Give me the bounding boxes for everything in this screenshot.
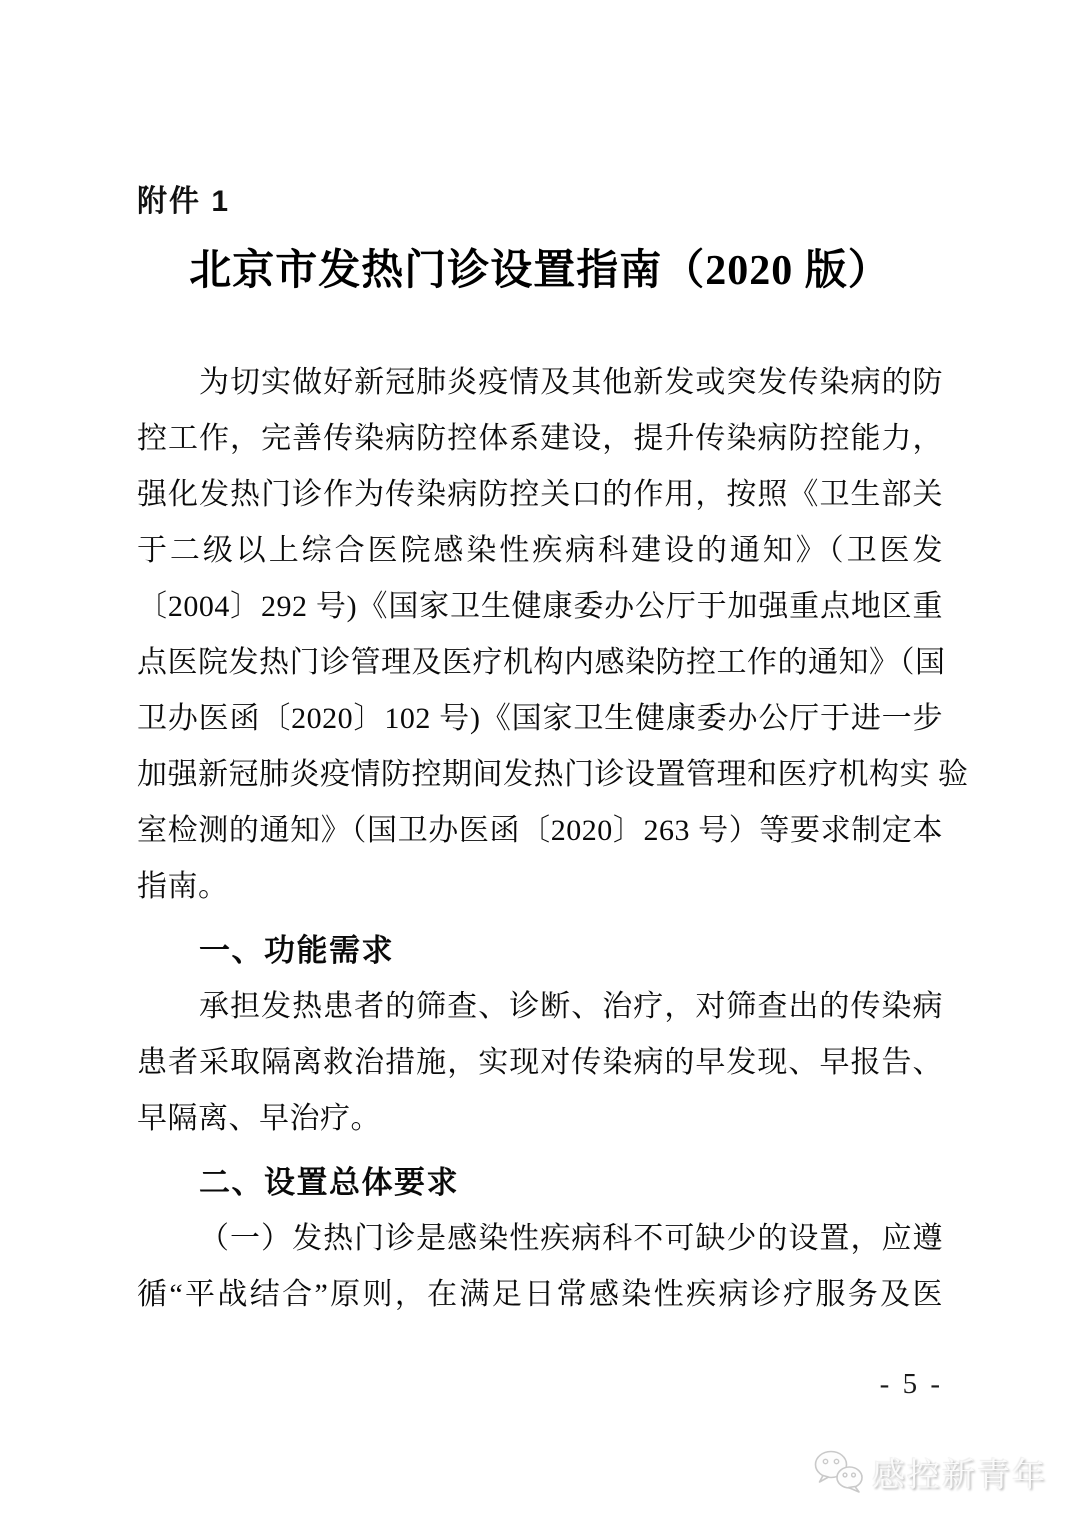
paragraph-line: 室检测的通知》（国卫办医函〔2020〕263 号）等要求制定本 <box>137 803 943 859</box>
document-content: 附件 1 北京市发热门诊设置指南（2020 版） 为切实做好新冠肺炎疫情及其他新… <box>137 0 943 1323</box>
paragraph-line: 患者采取隔离救治措施，实现对传染病的早发现、早报告、 <box>137 1035 943 1091</box>
paragraph-line: 控工作，完善传染病防控体系建设，提升传染病防控能力， <box>137 411 943 467</box>
paragraph-line: 强化发热门诊作为传染病防控关口的作用，按照《卫生部关 <box>137 467 943 523</box>
watermark: 感控新青年 <box>812 1448 1047 1496</box>
section-heading-1: 一、功能需求 <box>137 923 943 979</box>
body-text: 为切实做好新冠肺炎疫情及其他新发或突发传染病的防 控工作，完善传染病防控体系建设… <box>137 355 943 1323</box>
paragraph-line: 〔2004〕292 号)《国家卫生健康委办公厅于加强重点地区重 <box>137 579 943 635</box>
paragraph-line: 为切实做好新冠肺炎疫情及其他新发或突发传染病的防 <box>137 355 943 411</box>
paragraph-line: 点医院发热门诊管理及医疗机构内感染防控工作的通知》（国 <box>137 635 943 691</box>
paragraph-line: 承担发热患者的筛查、诊断、治疗，对筛查出的传染病 <box>137 979 943 1035</box>
paragraph-line: 早隔离、早治疗。 <box>137 1091 943 1147</box>
document-page: 附件 1 北京市发热门诊设置指南（2020 版） 为切实做好新冠肺炎疫情及其他新… <box>0 0 1080 1527</box>
paragraph-line: （一）发热门诊是感染性疾病科不可缺少的设置，应遵 <box>137 1211 943 1267</box>
paragraph-line: 指南。 <box>137 859 943 915</box>
attachment-label: 附件 1 <box>137 185 943 219</box>
section-heading-2: 二、设置总体要求 <box>137 1155 943 1211</box>
paragraph-line: 卫办医函〔2020〕102 号)《国家卫生健康委办公厅于进一步 <box>137 691 943 747</box>
paragraph-line: 加强新冠肺炎疫情防控期间发热门诊设置管理和医疗机构实 验 <box>137 747 943 803</box>
page-title: 北京市发热门诊设置指南（2020 版） <box>137 245 943 297</box>
paragraph-line: 于二级以上综合医院感染性疾病科建设的通知》（卫医发 <box>137 523 943 579</box>
wechat-icon <box>812 1448 866 1496</box>
paragraph-line: 循“平战结合”原则，在满足日常感染性疾病诊疗服务及医 <box>137 1267 943 1323</box>
watermark-text: 感控新青年 <box>872 1449 1047 1496</box>
page-number: - 5 - <box>880 1368 943 1401</box>
